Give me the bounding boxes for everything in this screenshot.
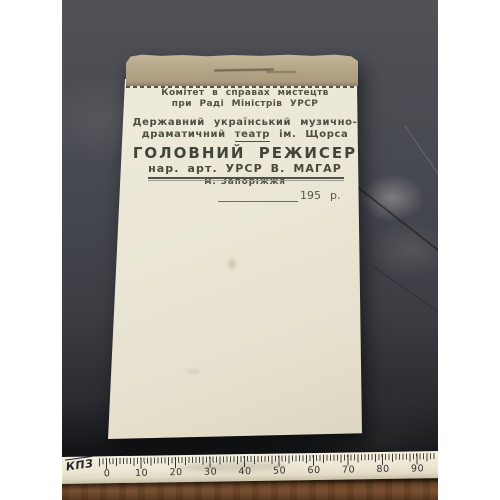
ruler-maker-mark: КПЗ	[65, 457, 94, 474]
artist-name-line: нар. арт. УРСР В. МАГАР	[128, 162, 362, 175]
paper-sheet: Комітет в справах мистецтв при Раді Міні…	[108, 79, 362, 439]
notepad: Комітет в справах мистецтв при Раді Міні…	[62, 0, 438, 500]
ruler-number: 0	[104, 468, 111, 479]
headline-chief-director: ГОЛОВНИЙ РЕЖИСЕР	[128, 144, 362, 162]
theatre-line-1: Державний український музично-	[128, 117, 362, 129]
theatre-line-2-post: ім. Щорса	[270, 129, 348, 140]
ruler-number: 90	[411, 463, 424, 474]
theatre-line-2-pre: драматичний	[142, 129, 235, 140]
photo-background: Комітет в справах мистецтв при Раді Міні…	[62, 0, 438, 500]
ruler-number: 30	[204, 467, 217, 478]
theatre-line-2: драматичний театр ім. Щорса	[128, 129, 362, 141]
theatre-word-underlined: театр	[235, 129, 270, 142]
pen-mark	[214, 68, 274, 71]
ruler-number: 10	[135, 468, 148, 479]
year-suffix: р.	[330, 189, 340, 202]
cardboard-binding-strip	[126, 54, 358, 86]
paper-stain	[186, 369, 200, 374]
ruler-number: 60	[307, 465, 320, 476]
ruler-number: 20	[169, 467, 182, 478]
committee-line-2: при Раді Міністрів УРСР	[128, 99, 362, 110]
date-row: 195 р.	[218, 189, 340, 202]
divider-rule	[148, 177, 344, 181]
date-fill-line	[218, 189, 298, 202]
ruler-number: 80	[376, 464, 389, 475]
ruler-number: 50	[273, 465, 286, 476]
letterhead: Комітет в справах мистецтв при Раді Міні…	[128, 88, 362, 188]
year-prefix: 195	[300, 189, 321, 202]
ruler-number: 70	[342, 464, 355, 475]
ruler-number: 40	[238, 466, 251, 477]
committee-line-1: Комітет в справах мистецтв	[128, 88, 362, 99]
pen-mark	[266, 71, 296, 73]
paper-stain	[228, 259, 236, 269]
